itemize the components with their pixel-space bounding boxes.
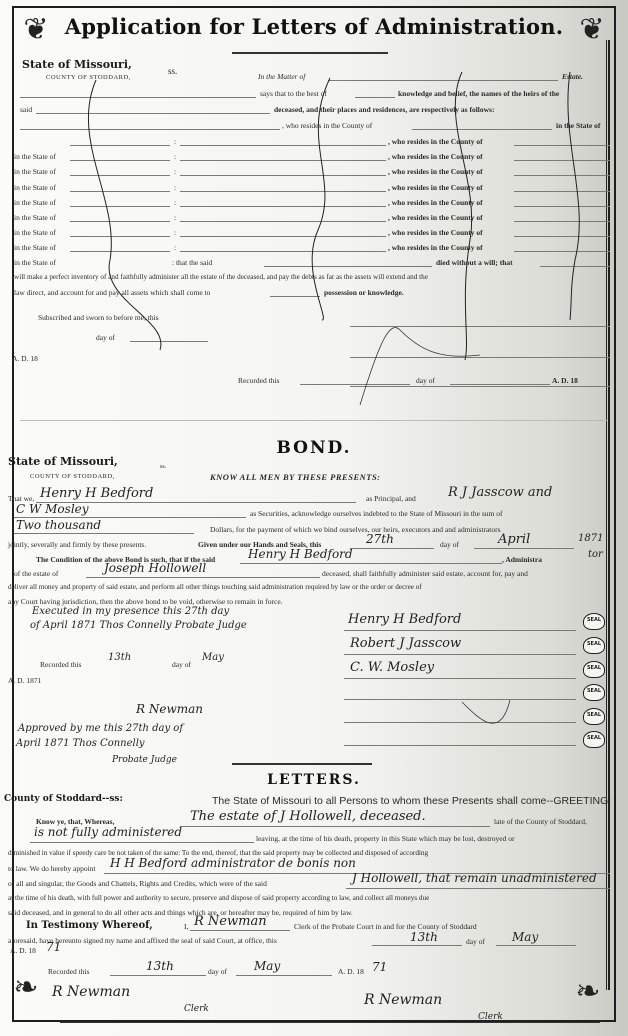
given-month[interactable]: April (498, 532, 530, 547)
approved-note-1: Approved by me this 27th day of (18, 723, 183, 734)
executed-note-2: of April 1871 Thos Connelly Probate Judg… (30, 620, 247, 631)
credits-handwritten: J Hollowell, that remain unadministered (352, 871, 597, 885)
ad-18-right-label: A. D. 18 (552, 376, 578, 385)
estate-field (180, 826, 490, 827)
says-text: says that to the best of (260, 89, 327, 98)
day-of-label: day of (440, 540, 459, 549)
colon: : (174, 183, 176, 192)
signed-month: May (512, 930, 538, 944)
brace-ss: ss. (168, 66, 177, 76)
as-principal-text: as Principal, and (366, 494, 416, 503)
greeting-text: The State of Missouri to all Persons to … (212, 795, 611, 807)
county-field[interactable] (514, 145, 610, 146)
that-field[interactable] (540, 266, 610, 267)
county-field[interactable] (514, 160, 610, 161)
divider (232, 52, 388, 54)
in-state-of-label: in the State of (14, 243, 56, 252)
state-label: State of Missouri, (22, 58, 132, 71)
signature-surety-1: Robert J Jasscow (350, 636, 461, 651)
jointly-text: jointly, severally and firmly by these p… (8, 540, 146, 549)
in-state-of-label: in the State of (14, 198, 56, 207)
heir-name-field[interactable] (180, 191, 386, 192)
deceased-text: deceased, and their places and residence… (274, 105, 494, 114)
signed-day: 13th (410, 930, 438, 944)
state-field[interactable] (70, 191, 170, 192)
seal-icon: SEAL (583, 731, 605, 748)
testimony-label: In Testimony Whereof, (26, 920, 153, 931)
recorded-ad: A. D. 1871 (8, 676, 41, 685)
heir-name-field[interactable] (180, 206, 386, 207)
who-resides-text: , who resides in the County of (388, 198, 483, 207)
ornament-corner-icon: ❧ (4, 966, 48, 1010)
recorded-month: May (254, 959, 280, 973)
document-page: ❦ ❦ ❧ ❧ Application for Letters of Admin… (0, 0, 628, 1036)
estate-of-field (86, 577, 320, 578)
right-double-rule (606, 40, 610, 990)
decedent-field[interactable] (36, 113, 270, 114)
recorded-day: 13th (108, 652, 131, 663)
appointee-handwritten: H H Bedford administrator de bonis non (110, 856, 356, 870)
recorded-day: 13th (146, 959, 174, 973)
colon: : (174, 167, 176, 176)
leaving-text: leaving, at the time of his death, prope… (256, 834, 514, 843)
who-resides-text: , who resides in the County of (388, 183, 483, 192)
letters-title: LETTERS. (0, 772, 628, 788)
in-state-of-label: in the State of (14, 183, 56, 192)
ad-year: 71 (46, 940, 61, 954)
not-administered-field (30, 842, 254, 843)
principal-name[interactable]: Henry H Bedford (40, 486, 153, 501)
recorded-this-label: Recorded this (48, 967, 89, 976)
state-field[interactable] (70, 175, 170, 176)
knowledge-text: knowledge and belief, the names of the h… (398, 89, 559, 98)
deceased-text: deceased, shall faithfully administer sa… (322, 569, 528, 578)
day-of-label: day of (416, 376, 435, 385)
colon: : (174, 137, 176, 146)
heir-name-field[interactable] (180, 221, 386, 222)
dollars-text: Dollars, for the payment of which we bin… (210, 525, 501, 534)
know-all-men-text: KNOW ALL MEN BY THESE PRESENTS: (210, 472, 381, 482)
signature-line (344, 630, 576, 631)
seal-icon: SEAL (583, 684, 605, 701)
signature-right: R Newman (364, 992, 442, 1008)
who-resides-text: , who resides in the County of (388, 243, 483, 252)
heir-name-field[interactable] (180, 251, 386, 252)
estate-handwritten: The estate of J Hollowell, deceased. (190, 809, 426, 824)
signature-line (344, 654, 576, 655)
heir-name-field[interactable] (180, 175, 386, 176)
estate-label: Estate. (562, 72, 583, 81)
signature-line (344, 678, 576, 679)
colon: : (174, 213, 176, 222)
signature-left-role: Clerk (184, 1004, 209, 1014)
given-month-field (474, 548, 574, 549)
recorded-month-field (236, 975, 332, 976)
in-state-of-text: in the State of (556, 121, 600, 130)
county-field[interactable] (412, 129, 552, 130)
recorded-this-label: Recorded this (40, 660, 81, 669)
clerk-field (190, 930, 290, 931)
given-day[interactable]: 27th (366, 532, 394, 546)
brace-ss: ss. (160, 464, 166, 470)
approved-note-2: April 1871 Thos Connelly (16, 738, 145, 749)
that-the-said-text: : that the said (172, 258, 212, 267)
divider (232, 763, 372, 765)
colon: : (174, 152, 176, 161)
state-field[interactable] (70, 160, 170, 161)
who-resides-text: , who resides in the County of (388, 213, 483, 222)
day-of-label: day of (208, 967, 227, 976)
approved-role: Probate Judge (112, 755, 177, 765)
signature-line (344, 699, 576, 700)
seal-icon: SEAL (583, 613, 605, 630)
matter-field[interactable] (328, 80, 558, 81)
heir-name-field[interactable] (180, 160, 386, 161)
application-title: Application for Letters of Administratio… (0, 14, 628, 39)
administrator-suffix[interactable]: tor (588, 549, 603, 560)
surety-1-name[interactable]: R J Jasscow and (448, 485, 552, 500)
ornament-corner-icon: ❧ (566, 970, 610, 1014)
in-state-of-label: in the State of (14, 152, 56, 161)
signed-day-field (372, 945, 462, 946)
signature-line (344, 745, 576, 746)
colon: : (174, 243, 176, 252)
clerk-line[interactable] (350, 386, 610, 387)
signed-month-field (496, 945, 576, 946)
in-state-of-label: in the State of (14, 258, 56, 267)
inventory-text: will make a perfect inventory of and fai… (14, 273, 428, 281)
month-field[interactable] (130, 341, 208, 342)
signature-right-role: Clerk (478, 1012, 503, 1022)
given-year[interactable]: 1871 (578, 533, 603, 544)
colon: : (174, 228, 176, 237)
testimony-i: I, (184, 922, 188, 931)
county-field[interactable] (514, 175, 610, 176)
condition-name-field (240, 563, 502, 564)
court-text: any Court having jurisdiction, then the … (8, 597, 283, 606)
county-field[interactable] (514, 206, 610, 207)
in-the-matter-label: In the Matter of (258, 72, 305, 81)
given-day-field (350, 548, 434, 549)
state-field[interactable] (70, 145, 170, 146)
possession-text: possession or knowledge. (324, 288, 404, 297)
law-direct-text: law direct, and account for and pay all … (14, 288, 210, 297)
state-field[interactable] (70, 221, 170, 222)
not-administered-handwritten: is not fully administered (34, 825, 182, 839)
said-label: said (20, 105, 32, 114)
sum-field (14, 533, 194, 534)
seal-icon: SEAL (583, 708, 605, 725)
affiant-signature-line[interactable] (350, 326, 610, 327)
possession-field[interactable] (270, 296, 320, 297)
knowledge-field[interactable] (355, 97, 395, 98)
section-divider (20, 420, 608, 421)
clerk-handwritten: R Newman (194, 914, 267, 929)
late-of-text: late of the County of Stoddard, (494, 817, 587, 826)
bond-sum[interactable]: Two thousand (16, 518, 101, 532)
county-field[interactable] (514, 191, 610, 192)
approval-signature: R Newman (136, 702, 203, 716)
clerk-text: Clerk of the Probate Court in and for th… (294, 922, 477, 931)
as-securities-text: as Securities, acknowledge ourselves ind… (250, 509, 502, 518)
at-the-time-text: at the time of his death, with full powe… (8, 894, 429, 902)
greeting-text-content: The State of Missouri to all Persons to … (212, 795, 611, 807)
recorded-day-field[interactable] (300, 384, 410, 385)
in-state-of-label: in the State of (14, 167, 56, 176)
signature-left: R Newman (52, 984, 130, 1000)
signature-line-2[interactable] (350, 357, 610, 358)
signature-principal: Henry H Bedford (348, 612, 461, 627)
bottom-rule (60, 1022, 600, 1023)
who-resides-text: , who resides in the County of (388, 228, 483, 237)
recorded-ad: A. D. 18 (338, 967, 364, 976)
county-field[interactable] (514, 221, 610, 222)
estate-of-name[interactable]: Joseph Hollowell (104, 561, 206, 575)
in-state-of-label: in the State of (14, 228, 56, 237)
seal-icon: SEAL (583, 661, 605, 678)
recorded-year: 71 (372, 960, 387, 974)
heir-name-field[interactable] (180, 145, 386, 146)
subscribed-text: Subscribed and sworn to before me, this (38, 313, 159, 322)
all-singular-text: of all and singular, the Goods and Chatt… (8, 879, 267, 888)
recorded-this-label: Recorded this (238, 376, 279, 385)
state-field[interactable] (70, 236, 170, 237)
died-without-will-text: died without a will; that (436, 258, 513, 267)
county-label: County of Stoddard--ss: (4, 794, 123, 804)
county-label: COUNTY OF STODDARD, (30, 473, 115, 480)
county-field[interactable] (514, 251, 610, 252)
estate-of-label: of the estate of (14, 569, 58, 578)
recorded-month-field[interactable] (450, 384, 550, 385)
said-deceased-text: said deceased, and in general to do all … (8, 908, 353, 917)
colon: : (174, 198, 176, 207)
county-label: COUNTY OF STODDARD, (46, 74, 131, 81)
recorded-day-field (110, 975, 206, 976)
seal-icon: SEAL (583, 637, 605, 654)
day-of-label: day of (172, 660, 191, 669)
in-state-of-label: in the State of (14, 213, 56, 222)
administrator-field[interactable] (264, 266, 432, 267)
heir-name-field[interactable] (20, 129, 280, 130)
affiant-field[interactable] (20, 97, 256, 98)
signature-surety-2: C. W. Mosley (350, 660, 434, 675)
to-law-text: to law. We do hereby appoint (8, 864, 96, 873)
ad-18-label: A. D. 18 (12, 354, 38, 363)
state-field[interactable] (70, 251, 170, 252)
state-field[interactable] (70, 206, 170, 207)
surety-2-name[interactable]: C W Mosley (16, 502, 89, 516)
condition-name[interactable]: Henry H Bedford (248, 547, 353, 561)
who-resides-text: , who resides in the County of (282, 121, 372, 130)
who-resides-text: , who resides in the County of (388, 152, 483, 161)
ad-label: A. D. 18 (10, 946, 36, 955)
day-of-label: day of (466, 937, 485, 946)
recorded-month: May (202, 652, 224, 663)
county-field[interactable] (514, 236, 610, 237)
heir-name-field[interactable] (180, 236, 386, 237)
state-label: State of Missouri, (8, 455, 118, 468)
credits-field (346, 888, 610, 889)
who-resides-text: , who resides in the County of (388, 167, 483, 176)
signature-line (344, 722, 576, 723)
deliver-text: deliver all money and property of said e… (8, 583, 422, 591)
administrator-label: , Administra (502, 555, 542, 564)
day-of-label: day of (96, 333, 115, 342)
who-resides-text: , who resides in the County of (388, 137, 483, 146)
executed-note-1: Executed in my presence this 27th day (32, 606, 229, 617)
